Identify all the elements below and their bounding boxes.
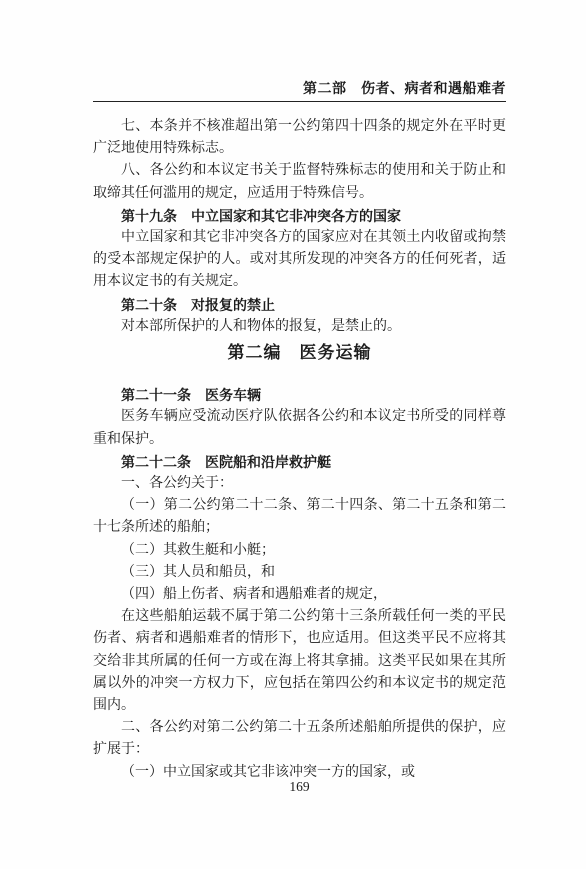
body: （三）其人员和船员，和: [93, 562, 506, 584]
body: 一、各公约关于：: [93, 473, 506, 495]
header-rule: [93, 101, 506, 102]
page-number: 169: [93, 779, 506, 795]
body: 在这些船舶运载不属于第二公约第十三条所载任何一类的平民伤者、病者和遇船难者的情形…: [93, 606, 506, 717]
article-heading: 第二十二条 医院船和沿岸救护艇: [93, 451, 506, 473]
running-header: 第二部 伤者、病者和遇船难者: [303, 78, 506, 98]
body: （一）第二公约第二十二条、第二十四条、第二十五条和第二十七条所述的船舶；: [93, 495, 506, 539]
body: 对本部所保护的人和物体的报复，是禁止的。: [93, 316, 506, 338]
body: （四）船上伤者、病者和遇船难者的规定，: [93, 584, 506, 606]
body: 八、各公约和本议定书关于监督特殊标志的使用和关于防止和取缔其任何滥用的规定，应适…: [93, 160, 506, 204]
part-heading: 第二编 医务运输: [93, 342, 506, 364]
body: 二、各公约对第二公约第二十五条所述船舶所提供的保护，应扩展于：: [93, 717, 506, 761]
body: 中立国家和其它非冲突各方的国家应对在其领土内收留或拘禁的受本部规定保护的人。或对…: [93, 227, 506, 294]
body: 医务车辆应受流动医疗队依据各公约和本议定书所受的同样尊重和保护。: [93, 406, 506, 450]
article-heading: 第十九条 中立国家和其它非冲突各方的国家: [93, 205, 506, 227]
document-page: 第二部 伤者、病者和遇船难者 七、本条并不核准超出第一公约第四十四条的规定外在平…: [0, 0, 586, 869]
article-heading: 第二十条 对报复的禁止: [93, 294, 506, 316]
body: 七、本条并不核准超出第一公约第四十四条的规定外在平时更广泛地使用特殊标志。: [93, 116, 506, 160]
article-heading: 第二十一条 医务车辆: [93, 384, 506, 406]
body: （二）其救生艇和小艇；: [93, 540, 506, 562]
document-body: 七、本条并不核准超出第一公约第四十四条的规定外在平时更广泛地使用特殊标志。八、各…: [93, 116, 506, 784]
